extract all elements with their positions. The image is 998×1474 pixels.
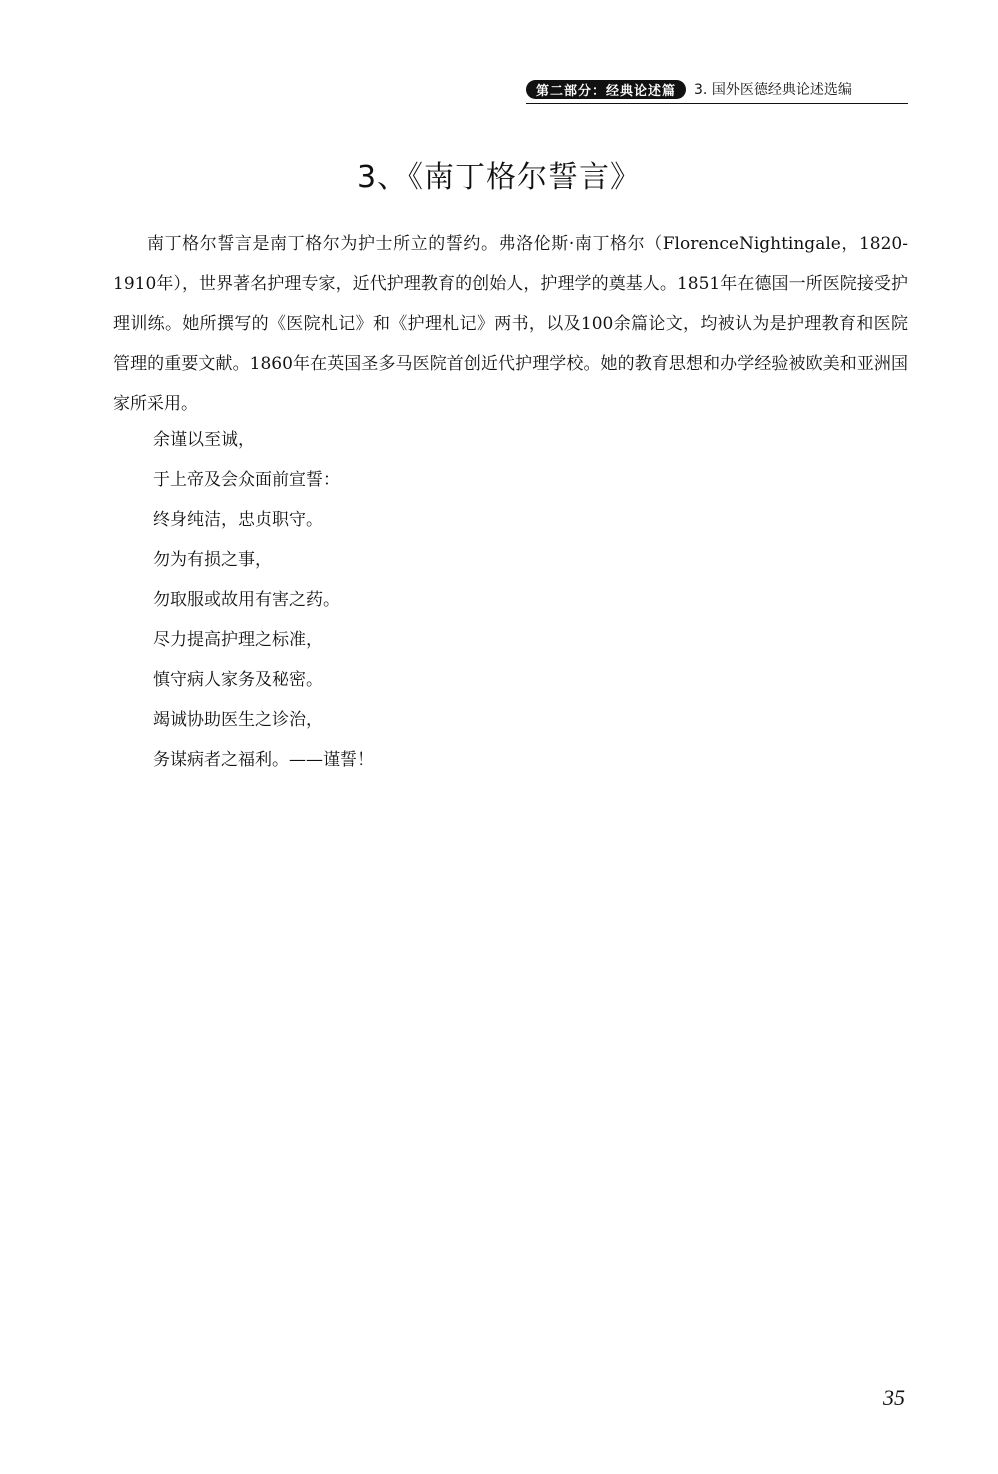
section-badge: 第二部分：经典论述篇 bbox=[526, 80, 686, 99]
chapter-title: 3. 国外医德经典论述选编 bbox=[694, 79, 852, 99]
oath-line: 勿取服或故用有害之药。 bbox=[153, 580, 374, 620]
oath-line: 勿为有损之事， bbox=[153, 540, 374, 580]
page-number: 35 bbox=[883, 1385, 905, 1411]
oath-line: 务谋病者之福利。——谨誓！ bbox=[153, 740, 374, 780]
oath-line: 尽力提高护理之标准， bbox=[153, 620, 374, 660]
oath-line: 竭诚协助医生之诊治， bbox=[153, 700, 374, 740]
intro-section: 南丁格尔誓言是南丁格尔为护士所立的誓约。弗洛伦斯·南丁格尔（FlorenceNi… bbox=[113, 224, 908, 424]
running-header: 第二部分：经典论述篇 3. 国外医德经典论述选编 bbox=[526, 78, 908, 100]
oath-line: 余谨以至诚， bbox=[153, 420, 374, 460]
oath-line: 终身纯洁，忠贞职守。 bbox=[153, 500, 374, 540]
oath-line: 慎守病人家务及秘密。 bbox=[153, 660, 374, 700]
oath-text: 余谨以至诚， 于上帝及会众面前宣誓： 终身纯洁，忠贞职守。 勿为有损之事， 勿取… bbox=[153, 420, 374, 780]
oath-line: 于上帝及会众面前宣誓： bbox=[153, 460, 374, 500]
header-rule bbox=[526, 103, 908, 104]
intro-paragraph: 南丁格尔誓言是南丁格尔为护士所立的誓约。弗洛伦斯·南丁格尔（FlorenceNi… bbox=[113, 224, 908, 424]
page-title: 3、《南丁格尔誓言》 bbox=[0, 152, 998, 196]
